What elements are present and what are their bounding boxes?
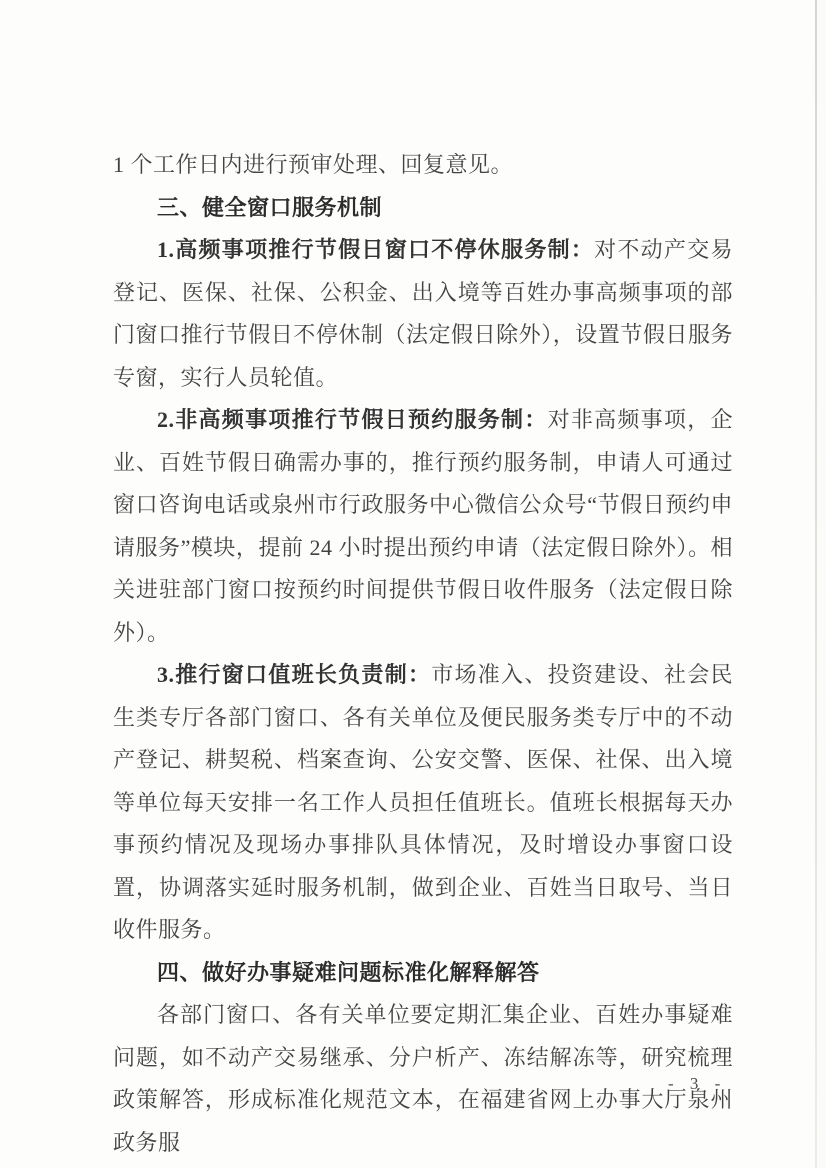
paragraph: 3.推行窗口值班长负责制：市场准入、投资建设、社会民生类专厅各部门窗口、各有关单… bbox=[113, 654, 733, 952]
scan-edge-margin bbox=[817, 0, 826, 1168]
page-number: - 3 - bbox=[668, 1073, 726, 1095]
paragraph: 1 个工作日内进行预审处理、回复意见。 bbox=[113, 144, 733, 187]
document-page: 1 个工作日内进行预审处理、回复意见。三、健全窗口服务机制1.高频事项推行节假日… bbox=[0, 0, 826, 1168]
document-body: 1 个工作日内进行预审处理、回复意见。三、健全窗口服务机制1.高频事项推行节假日… bbox=[113, 144, 733, 1164]
paragraph-lead: 3.推行窗口值班长负责制： bbox=[157, 662, 431, 687]
paragraph-lead: 1.高频事项推行节假日窗口不停休服务制： bbox=[157, 237, 594, 262]
section-heading: 四、做好办事疑难问题标准化解释解答 bbox=[113, 952, 733, 995]
paragraph-lead: 2.非高频事项推行节假日预约服务制： bbox=[157, 407, 548, 432]
paragraph: 1.高频事项推行节假日窗口不停休服务制：对不动产交易登记、医保、社保、公积金、出… bbox=[113, 229, 733, 399]
section-heading: 三、健全窗口服务机制 bbox=[113, 187, 733, 230]
paragraph: 各部门窗口、各有关单位要定期汇集企业、百姓办事疑难问题，如不动产交易继承、分户析… bbox=[113, 994, 733, 1164]
paragraph: 2.非高频事项推行节假日预约服务制：对非高频事项，企业、百姓节假日确需办事的，推… bbox=[113, 399, 733, 654]
scan-edge-line bbox=[815, 0, 817, 1168]
